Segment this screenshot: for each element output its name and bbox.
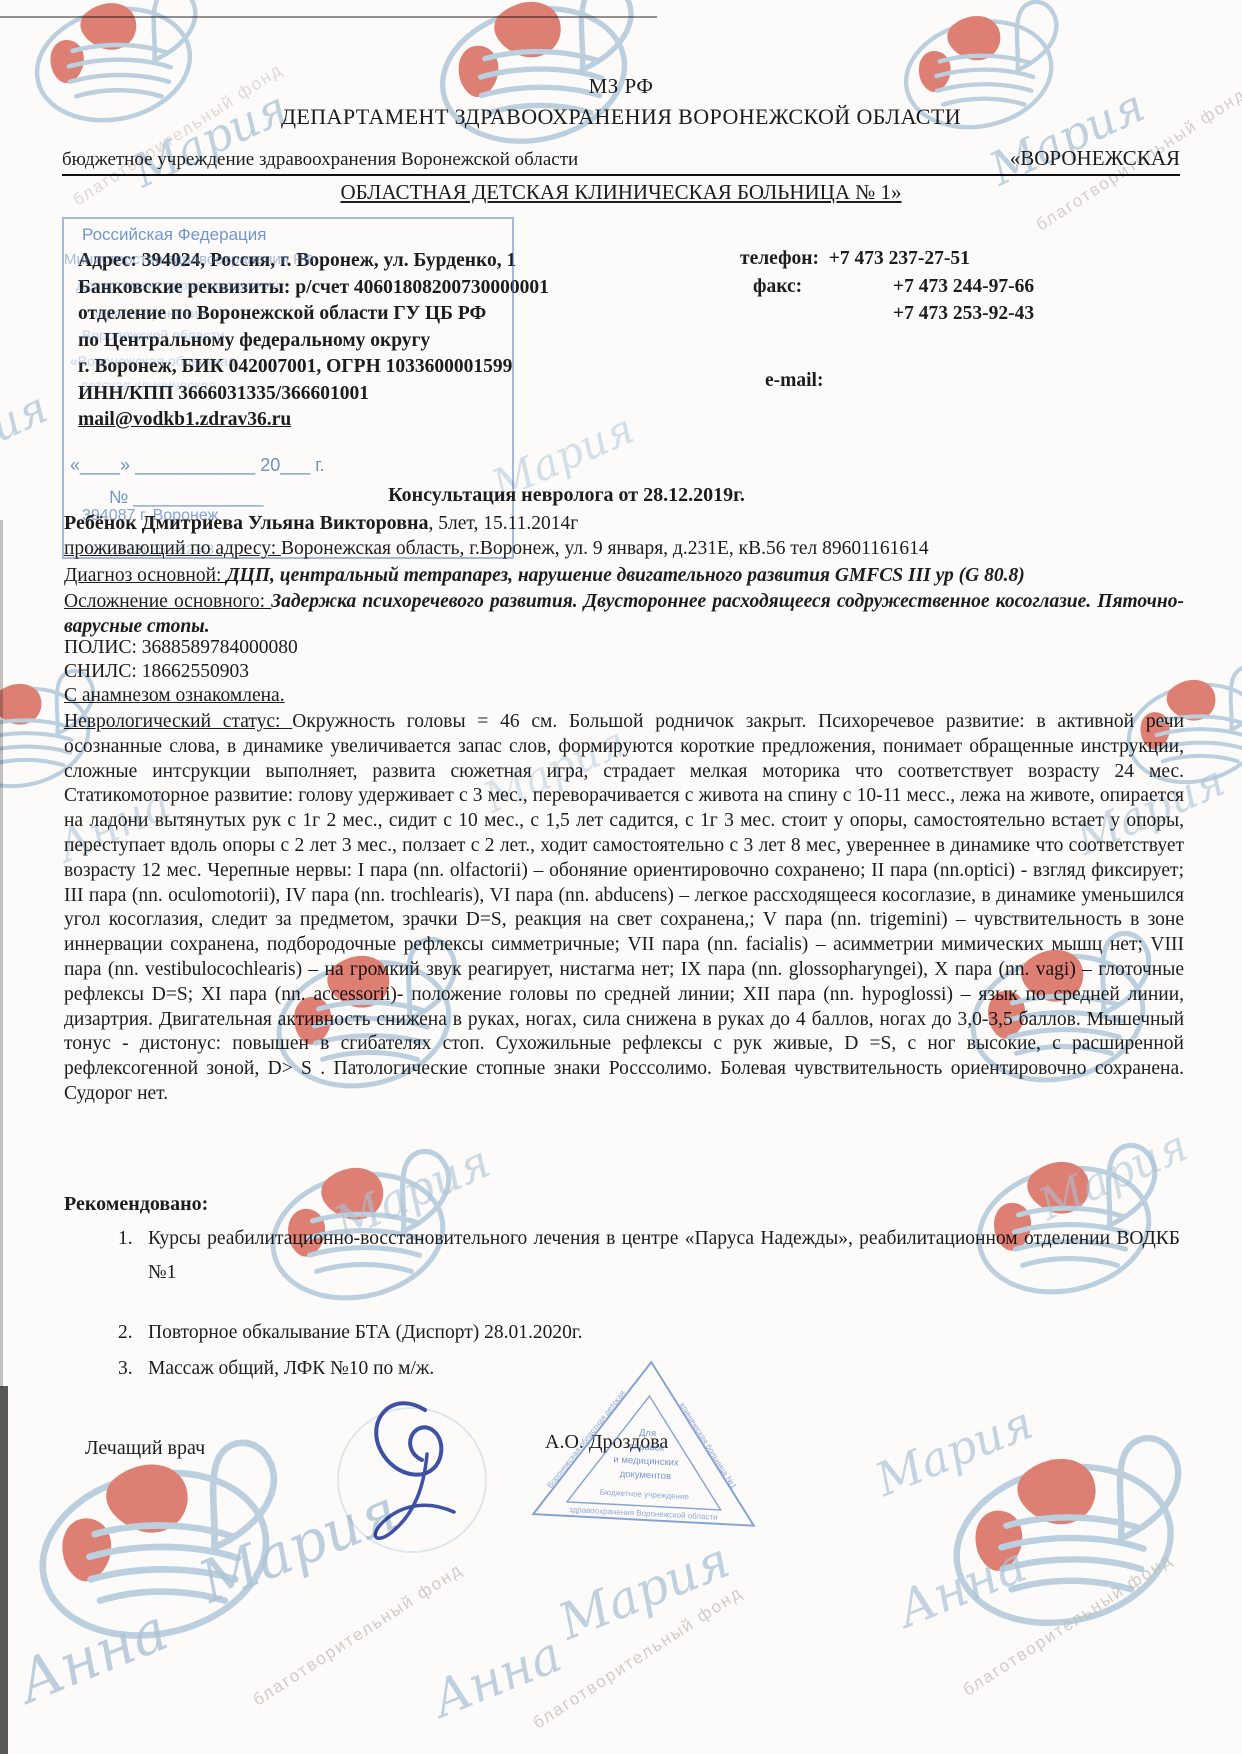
complication-line: Осложнение основного: Задержка психорече… xyxy=(64,590,1184,639)
scanned-medical-document: МЗ РФ ДЕПАРТАМЕНТ ЗДРАВООХРАНЕНИЯ ВОРОНЕ… xyxy=(0,0,1242,1754)
child-line: Ребёнок Дмитриева Ульяна Викторовна, 5ле… xyxy=(64,512,578,535)
fax-value-1: +7 473 244-97-66 xyxy=(893,276,1034,298)
svg-text:справок: справок xyxy=(629,1441,665,1454)
scan-artifact-top-line xyxy=(0,16,657,18)
phone-row: телефон: +7 473 237-27-51 xyxy=(740,248,970,270)
child-age-dob: , 5лет, 15.11.2014г xyxy=(429,513,579,534)
item-2-number: 2. xyxy=(118,1316,146,1350)
organization-line: бюджетное учреждение здравоохранения Вор… xyxy=(62,146,1180,176)
corner-stamp: Российская Федерация Министерство здраво… xyxy=(62,217,514,559)
address-label: проживающий по адресу: xyxy=(64,538,281,559)
diagnosis-value: ДЦП, центральный тетрапарез, нарушение д… xyxy=(226,565,1024,586)
phone-value: +7 473 237-27-51 xyxy=(829,248,970,269)
email-label: e-mail: xyxy=(765,370,823,392)
stamp-hospital-1: «Воронежская областная xyxy=(70,353,236,369)
phone-label: телефон: xyxy=(740,248,819,269)
diagnosis-line: Диагноз основной: ДЦП, центральный тетра… xyxy=(64,565,1025,587)
item-3-number: 3. xyxy=(118,1352,146,1386)
stamp-health-text: здравоохранения xyxy=(92,305,206,321)
ministry-abbreviation: МЗ РФ xyxy=(0,74,1242,99)
scan-artifact-left-strip-bottom xyxy=(0,1386,8,1754)
svg-text:и медицинских: и медицинских xyxy=(613,1454,679,1468)
svg-text:Бюджетное учреждение: Бюджетное учреждение xyxy=(600,1488,690,1502)
stamp-hospital-2: детская клиническая xyxy=(80,377,216,393)
budget-institution-text: бюджетное учреждение здравоохранения Вор… xyxy=(62,149,578,171)
hospital-name-open-quote: «ВОРОНЕЖСКАЯ xyxy=(1010,146,1180,171)
status-text: Окружность головы = 46 см. Большой родни… xyxy=(64,711,1184,1104)
scan-artifact-left-strip xyxy=(0,520,3,1390)
snils-line: СНИЛС: 18662550903 xyxy=(64,661,249,683)
complication-label: Осложнение основного: xyxy=(64,591,271,612)
triangle-stamp: Для справок и медицинских документов Вор… xyxy=(524,1350,771,1538)
address-line: проживающий по адресу: Воронежская облас… xyxy=(64,538,929,560)
consultation-title: Консультация невролога от 28.12.2019г. xyxy=(64,484,1069,507)
hospital-name: ОБЛАСТНАЯ ДЕТСКАЯ КЛИНИЧЕСКАЯ БОЛЬНИЦА №… xyxy=(0,180,1242,205)
child-name: Ребёнок Дмитриева Ульяна Викторовна xyxy=(64,512,429,534)
stamp-date-line: «____» ____________ 20___ г. xyxy=(70,455,325,476)
fax-value-2: +7 473 253-92-43 xyxy=(893,303,1034,325)
polis-line: ПОЛИС: 3688589784000080 xyxy=(64,637,298,659)
stamp-ministry: Министерство здравоохранения РФ xyxy=(64,251,314,268)
item-2-text: Повторное обкалывание БТА (Диспорт) 28.0… xyxy=(148,1316,1180,1350)
department-title: ДЕПАРТАМЕНТ ЗДРАВООХРАНЕНИЯ ВОРОНЕЖСКОЙ … xyxy=(0,104,1242,130)
item-1-number: 1. xyxy=(118,1222,146,1256)
recommendations-heading: Рекомендовано: xyxy=(64,1193,208,1216)
neurological-status-paragraph: Неврологический статус: Окружность голов… xyxy=(64,710,1184,1107)
stamp-region-text: Воронежской области xyxy=(82,327,225,343)
doctor-signature xyxy=(330,1392,495,1567)
svg-text:клиническая больница №1: клиническая больница №1 xyxy=(678,1401,739,1491)
anamnesis-line: С анамнезом ознакомлена. xyxy=(64,685,285,707)
diagnosis-label: Диагноз основной: xyxy=(64,565,226,586)
svg-text:Для: Для xyxy=(639,1428,657,1440)
stamp-department: Департамент здравоохранения xyxy=(76,277,279,293)
stamp-country: Российская Федерация xyxy=(82,225,266,245)
fax-label: факс: xyxy=(753,276,802,298)
address-value: Воронежская область, г.Воронеж, ул. 9 ян… xyxy=(281,538,929,559)
svg-text:документов: документов xyxy=(619,1469,671,1483)
item-1-text: Курсы реабилитационно-восстановительного… xyxy=(148,1222,1180,1290)
svg-text:Воронежская областная детская: Воронежская областная детская xyxy=(545,1389,627,1490)
attending-doctor-label: Лечащий врач xyxy=(85,1437,205,1460)
status-label: Неврологический статус: xyxy=(64,711,292,732)
